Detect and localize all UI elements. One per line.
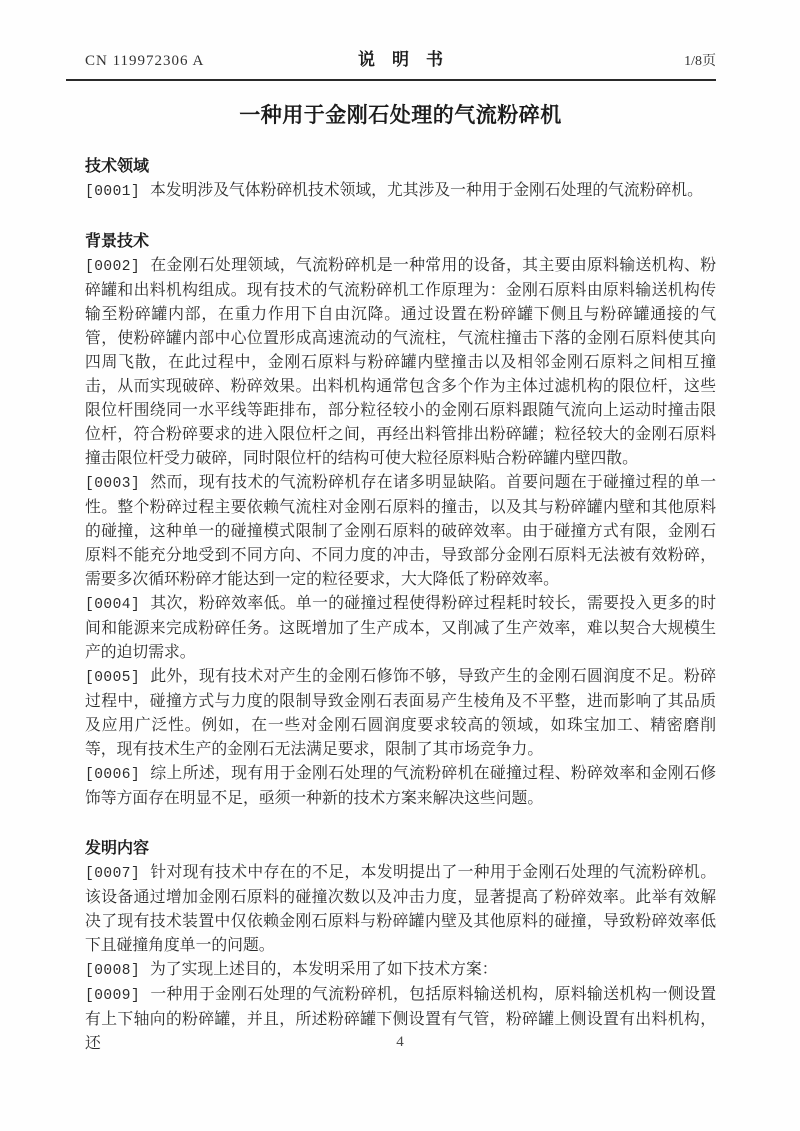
- paragraph-text: 其次，粉碎效率低。单一的碰撞过程使得粉碎过程耗时较长，需要投入更多的时间和能源来…: [85, 595, 716, 661]
- document-type: 说 明 书: [358, 50, 443, 70]
- header-rule: [66, 79, 716, 81]
- page-number: 4: [396, 1034, 404, 1050]
- sheet-indicator: 1/8页: [443, 52, 716, 72]
- document-body: 技术领域[0001]本发明涉及气体粉碎机技术领域，尤其涉及一种用于金刚石处理的气…: [85, 155, 716, 1056]
- paragraph-number: [0006]: [85, 763, 150, 787]
- page-header: CN 119972306 A 说 明 书 1/8页: [85, 50, 716, 72]
- section-heading: 技术领域: [85, 155, 716, 179]
- paragraph-text: 在金刚石处理领域，气流粉碎机是一种常用的设备，其主要由原料输送机构、粉碎罐和出料…: [85, 257, 716, 467]
- paragraph-text: 为了实现上述目的，本发明采用了如下技术方案：: [150, 961, 498, 978]
- paragraph: [0008]为了实现上述目的，本发明采用了如下技术方案：: [85, 958, 716, 983]
- paragraph: [0001]本发明涉及气体粉碎机技术领域，尤其涉及一种用于金刚石处理的气流粉碎机…: [85, 179, 716, 204]
- paragraph: [0005]此外，现有技术对产生的金刚石修饰不够，导致产生的金刚石圆润度不足。粉…: [85, 665, 716, 762]
- paragraph-text: 此外，现有技术对产生的金刚石修饰不够，导致产生的金刚石圆润度不足。粉碎过程中，碰…: [85, 668, 716, 758]
- paragraph: [0004]其次，粉碎效率低。单一的碰撞过程使得粉碎过程耗时较长，需要投入更多的…: [85, 592, 716, 665]
- paragraph: [0007]针对现有技术中存在的不足，本发明提出了一种用于金刚石处理的气流粉碎机…: [85, 861, 716, 958]
- paragraph-number: [0008]: [85, 959, 150, 983]
- paragraph: [0003]然而，现有技术的气流粉碎机存在诸多明显缺陷。首要问题在于碰撞过程的单…: [85, 471, 716, 592]
- section-heading: 背景技术: [85, 230, 716, 254]
- section-heading: 发明内容: [85, 837, 716, 861]
- paragraph-number: [0009]: [85, 984, 150, 1008]
- document-number: CN 119972306 A: [85, 51, 358, 71]
- paragraph-number: [0001]: [85, 180, 150, 204]
- paragraph-text: 本发明涉及气体粉碎机技术领域，尤其涉及一种用于金刚石处理的气流粉碎机。: [150, 182, 703, 199]
- patent-specification-page: CN 119972306 A 说 明 书 1/8页 一种用于金刚石处理的气流粉碎…: [0, 0, 800, 1131]
- page-footer: 4: [0, 1034, 800, 1051]
- paragraph: [0002]在金刚石处理领域，气流粉碎机是一种常用的设备，其主要由原料输送机构、…: [85, 254, 716, 471]
- paragraph-number: [0007]: [85, 862, 150, 886]
- paragraph-number: [0003]: [85, 472, 150, 496]
- paragraph-text: 针对现有技术中存在的不足，本发明提出了一种用于金刚石处理的气流粉碎机。该设备通过…: [85, 864, 716, 954]
- paragraph-text: 然而，现有技术的气流粉碎机存在诸多明显缺陷。首要问题在于碰撞过程的单一性。整个粉…: [85, 474, 716, 588]
- paragraph-number: [0004]: [85, 593, 150, 617]
- paragraph-text: 综上所述，现有用于金刚石处理的气流粉碎机在碰撞过程、粉碎效率和金刚石修饰等方面存…: [85, 765, 716, 807]
- invention-title: 一种用于金刚石处理的气流粉碎机: [85, 101, 716, 129]
- paragraph-number: [0005]: [85, 666, 150, 690]
- paragraph: [0006]综上所述，现有用于金刚石处理的气流粉碎机在碰撞过程、粉碎效率和金刚石…: [85, 762, 716, 811]
- paragraph-number: [0002]: [85, 255, 150, 279]
